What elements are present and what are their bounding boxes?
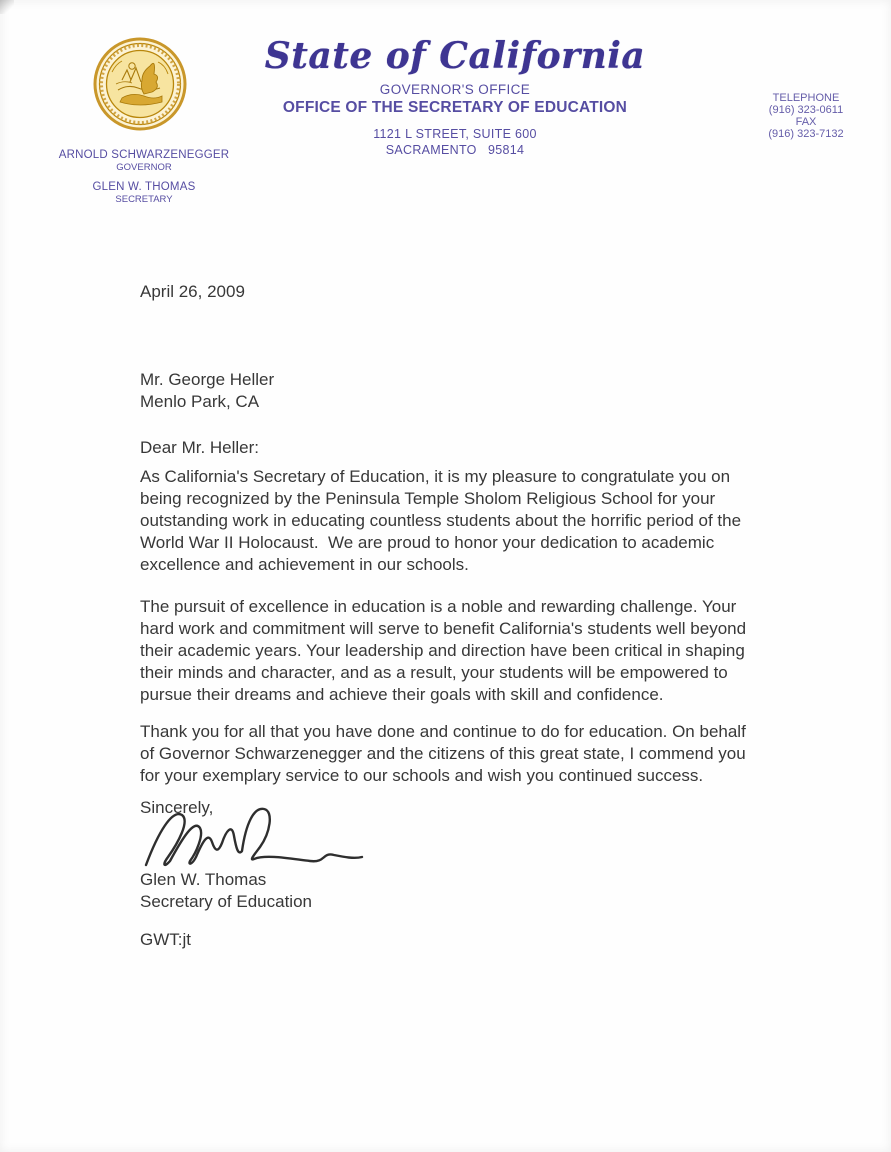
secretary-title: SECRETARY [28,194,260,205]
scan-corner-artifact [0,0,14,14]
fax-number: (916) 323-7132 [732,128,880,140]
handwritten-signature [142,803,382,873]
letterhead-center: State of California GOVERNOR'S OFFICE OF… [225,36,685,158]
city-zip-address: SACRAMENTO 95814 [225,142,685,158]
secretary-of-education-office-line: OFFICE OF THE SECRETARY OF EDUCATION [225,99,685,117]
state-of-california-title: State of California [225,36,685,76]
letter-date: April 26, 2009 [140,281,832,303]
contact-block: TELEPHONE (916) 323-0611 FAX (916) 323-7… [732,92,880,140]
letter-body: April 26, 2009 Mr. George Heller Menlo P… [140,281,832,951]
letter-page: ARNOLD SCHWARZENEGGER GOVERNOR GLEN W. T… [0,0,891,1152]
fax-label: FAX [732,116,880,128]
street-address: 1121 L STREET, SUITE 600 [225,126,685,142]
paragraph-2: The pursuit of excellence in education i… [140,596,832,706]
paragraph-1: As California's Secretary of Education, … [140,466,832,576]
governors-office-line: GOVERNOR'S OFFICE [225,82,685,98]
typist-reference: GWT:jt [140,929,832,951]
telephone-number: (916) 323-0611 [732,104,880,116]
governor-title: GOVERNOR [28,162,260,173]
paragraph-3: Thank you for all that you have done and… [140,721,832,787]
officials-block: ARNOLD SCHWARZENEGGER GOVERNOR GLEN W. T… [28,149,260,213]
salutation: Dear Mr. Heller: [140,437,832,459]
secretary-name: GLEN W. THOMAS [28,181,260,194]
recipient-address: Mr. George Heller Menlo Park, CA [140,369,832,413]
signer-name: Glen W. Thomas [140,869,832,891]
signer-title: Secretary of Education [140,891,832,913]
california-state-seal-icon [92,36,188,132]
telephone-label: TELEPHONE [732,92,880,104]
